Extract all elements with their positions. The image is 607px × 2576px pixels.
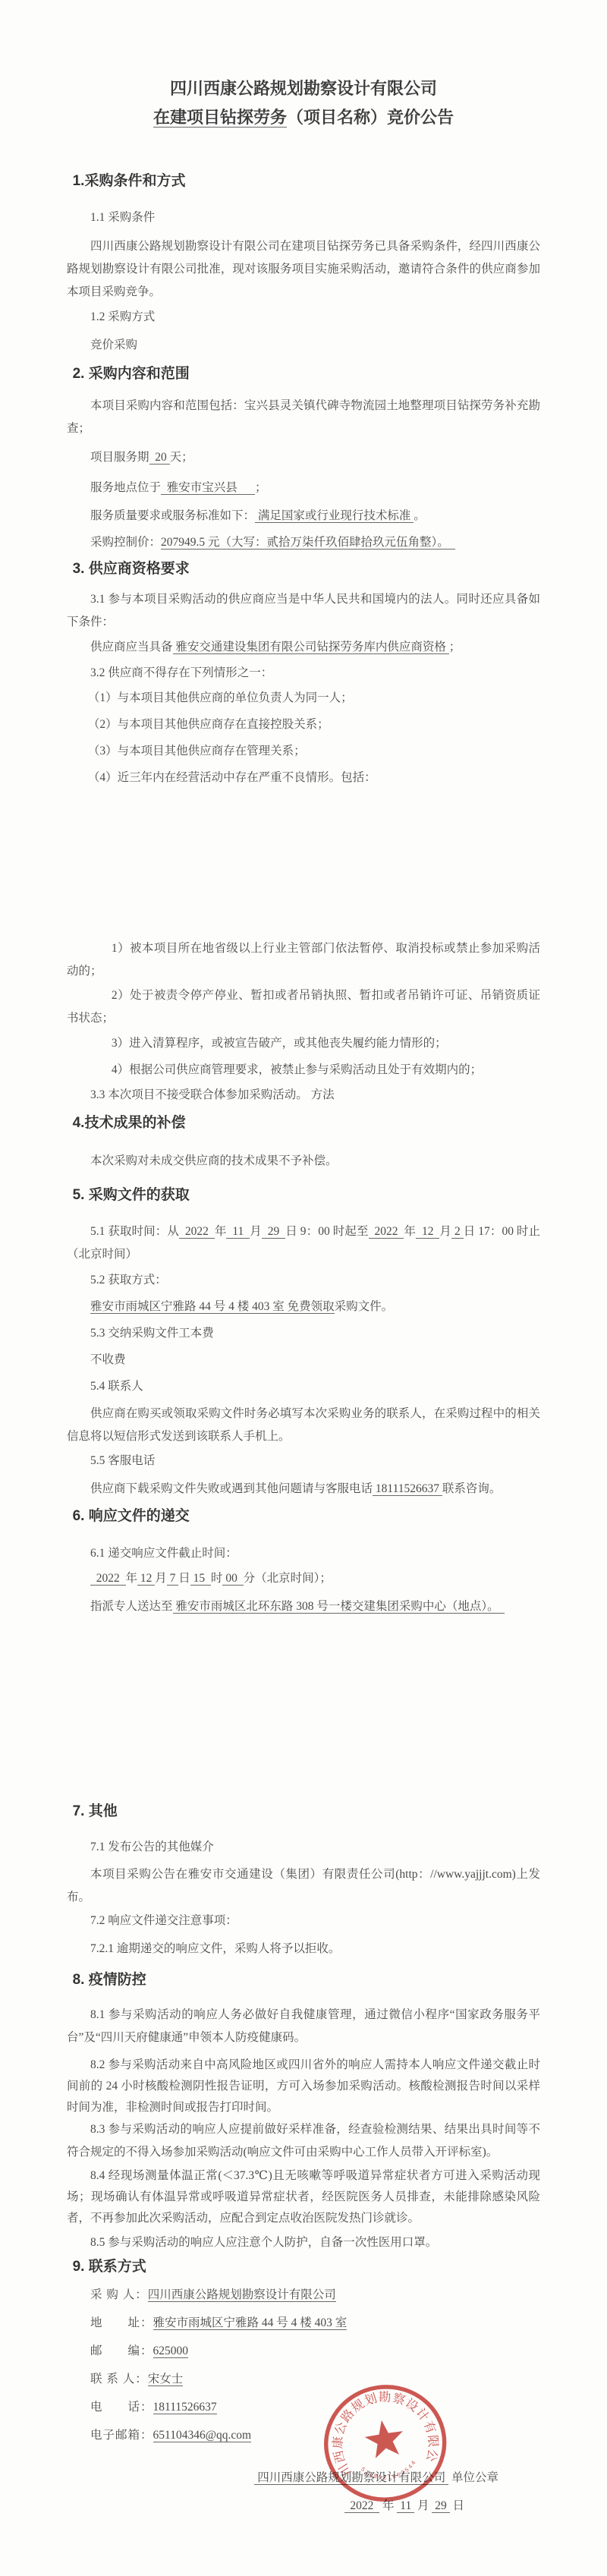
section-6-1-subheading: 6.1 递交响应文件截止时间： — [67, 1542, 540, 1565]
paragraph-late-rejection: 7.2.1 逾期递交的响应文件，采购人将予以拒收。 — [67, 1938, 540, 1960]
contact-row-email: 电子邮箱：651104346@qq.com — [67, 2424, 540, 2447]
signature-date-line: 2022 年 11 月 29 日 — [67, 2495, 540, 2518]
contact-row-phone: 电 话：18111526637 — [67, 2396, 540, 2419]
paragraph-scope: 本项目采购内容和范围包括：宝兴县灵关镇代碑寺物流园土地整理项目钻探劳务补充勘查； — [67, 395, 540, 440]
contact-value: 651104346@qq.com — [153, 2429, 252, 2442]
section-7-heading: 7. 其他 — [67, 1800, 540, 1823]
field-service-location: 服务地点位于 雅安市宝兴县 ； — [67, 477, 540, 499]
contact-label: 电子邮箱： — [90, 2429, 153, 2442]
field-quality-standard: 服务质量要求或服务标准如下： 满足国家或行业现行技术标准 。 — [67, 505, 540, 527]
section-5-3-subheading: 5.3 交纳采购文件工本费 — [67, 1322, 540, 1345]
section-6-heading: 6. 响应文件的递交 — [67, 1505, 540, 1528]
section-8-heading: 8. 疫情防控 — [67, 1969, 540, 1992]
field-submission-deadline: 2022 年 12 月 7 日 15 时 00 分（北京时间）； — [67, 1567, 540, 1590]
field-obtain-address: 雅安市雨城区宁雅路 44 号 4 楼 403 室 免费领取采购文件。 — [67, 1296, 540, 1318]
section-5-heading: 5. 采购文件的获取 — [67, 1184, 540, 1207]
contact-value: 宋女士 — [148, 2373, 184, 2386]
section-3-heading: 3. 供应商资格要求 — [67, 558, 540, 581]
contact-row-purchaser: 采 购 人：四川西康公路规划勘察设计有限公司 — [67, 2284, 540, 2307]
sublist-item-2: 2）处于被责令停产停业、暂扣或者吊销执照、暂扣或者吊销许可证、吊销资质证书状态； — [67, 984, 540, 1030]
contact-label: 邮 编： — [90, 2345, 153, 2357]
contact-row-address: 地 址：雅安市雨城区宁雅路 44 号 4 楼 403 室 — [67, 2312, 540, 2335]
contact-label: 联 系 人： — [90, 2373, 148, 2385]
contact-label: 采 购 人： — [90, 2288, 148, 2301]
section-5-5-subheading: 5.5 客服电话 — [67, 1450, 540, 1472]
contact-value: 四川西康公路规划勘察设计有限公司 — [148, 2288, 336, 2302]
contact-value: 雅安市雨城区宁雅路 44 号 4 楼 403 室 — [153, 2316, 348, 2330]
list-item-1: （1）与本项目其他供应商的单位负责人为同一人； — [67, 687, 540, 710]
field-delivery-address: 指派专人送达至 雅安市雨城区北环东路 308 号一楼交建集团采购中心（地点）。 — [67, 1595, 540, 1618]
paragraph-covid-4: 8.4 经现场测量体温正常(＜37.3℃)且无咳嗽等呼吸道异常症状者方可进入采购… — [67, 2165, 540, 2229]
paragraph-covid-5: 8.5 参与采购活动的响应人应注意个人防护，自备一次性医用口罩。 — [67, 2231, 540, 2254]
paragraph-purchase-conditions: 四川西康公路规划勘察设计有限公司在建项目钻探劳务已具备采购条件，经四川西康公路规… — [67, 235, 540, 304]
section-5-2-subheading: 5.2 获取方式： — [67, 1269, 540, 1292]
sublist-item-1: 1）被本项目所在地省级以上行业主管部门依法暂停、取消投标或禁止参加采购活动的； — [67, 937, 540, 983]
section-1-2-subheading: 1.2 采购方式 — [67, 306, 540, 329]
paragraph-covid-1: 8.1 参与采购活动的响应人务必做好自我健康管理，通过微信小程序“国家政务服务平… — [67, 2004, 540, 2049]
scanned-document-page: 四川西康公路规划勘察设计有限公司 在建项目钻探劳务（项目名称）竞价公告 1.采购… — [0, 0, 607, 2576]
document-body: 四川西康公路规划勘察设计有限公司 在建项目钻探劳务（项目名称）竞价公告 1.采购… — [0, 0, 607, 2254]
document-title: 四川西康公路规划勘察设计有限公司 — [67, 76, 540, 102]
paragraph-covid-2: 8.2 参与采购活动来自中高风险地区或四川省外的响应人需持本人响应文件递交截止时… — [67, 2055, 540, 2118]
field-control-price: 采购控制价：207949.5 元（大写：贰拾万柒仟玖佰肆拾玖元伍角整）。 — [67, 531, 540, 554]
section-1-heading: 1.采购条件和方式 — [67, 170, 540, 193]
field-service-phone: 供应商下载采购文件失败或遇到其他问题请与客服电话 18111526637 联系咨… — [67, 1478, 540, 1501]
paragraph-supplier-requirement: 3.1 参与本项目采购活动的供应商应当是中华人民共和国境内的法人。同时还应具备如… — [67, 588, 540, 634]
contact-value: 625000 — [153, 2345, 189, 2358]
contact-label: 电 话： — [90, 2401, 153, 2414]
contact-value: 18111526637 — [153, 2401, 217, 2414]
paragraph-no-consortium: 3.3 本次项目不接受联合体参加采购活动。 方法 — [67, 1084, 540, 1107]
section-1-1-subheading: 1.1 采购条件 — [67, 206, 540, 229]
section-4-heading: 4.技术成果的补偿 — [67, 1112, 540, 1135]
paragraph-no-fee: 不收费 — [67, 1349, 540, 1371]
field-supplier-qualification: 供应商应当具备 雅安交通建设集团有限公司钻探劳务库内供应商资格 ； — [67, 636, 540, 659]
sublist-item-4: 4）根据公司供应商管理要求，被禁止参与采购活动且处于有效期内的； — [67, 1059, 540, 1082]
paragraph-announcement-media: 本项目采购公告在雅安市交通建设（集团）有限责任公司(http：//www.yaj… — [67, 1863, 540, 1909]
section-9-heading: 9. 联系方式 — [67, 2256, 540, 2278]
contact-label: 地 址： — [90, 2316, 153, 2329]
field-service-period: 项目服务期 20 天； — [67, 446, 540, 469]
section-7-1-subheading: 7.1 发布公告的其他媒介 — [67, 1836, 540, 1859]
section-2-heading: 2. 采购内容和范围 — [67, 363, 540, 386]
paragraph-purchase-method: 竞价采购 — [67, 334, 540, 357]
contact-row-person: 联 系 人：宋女士 — [67, 2368, 540, 2391]
document-subtitle: 在建项目钻探劳务（项目名称）竞价公告 — [67, 105, 540, 131]
contact-and-signature-block: 9. 联系方式 采 购 人：四川西康公路规划勘察设计有限公司 地 址：雅安市雨城… — [0, 2256, 607, 2518]
section-5-4-subheading: 5.4 联系人 — [67, 1375, 540, 1398]
paragraph-prohibited-intro: 3.2 供应商不得存在下列情形之一： — [67, 662, 540, 685]
signature-company-line: 四川西康公路规划勘察设计有限公司 单位公章 — [67, 2467, 540, 2489]
section-7-2-subheading: 7.2 响应文件递交注意事项： — [67, 1910, 540, 1932]
list-item-3: （3）与本项目其他供应商存在管理关系； — [67, 740, 540, 763]
contact-row-postcode: 邮 编：625000 — [67, 2340, 540, 2363]
paragraph-no-compensation: 本次采购对未成交供应商的技术成果不予补偿。 — [67, 1150, 540, 1173]
list-item-2: （2）与本项目其他供应商存在直接控股关系； — [67, 713, 540, 736]
field-obtain-time: 5.1 获取时间：从 2022 年 11 月 29 日 9：00 时起至 202… — [67, 1220, 540, 1266]
sublist-item-3: 3）进入清算程序，或被宣告破产，或其他丧失履约能力情形的； — [67, 1032, 540, 1055]
paragraph-covid-3: 8.3 参与采购活动的响应人应提前做好采样准备，经查验检测结果、结果出具时间等不… — [67, 2118, 540, 2164]
list-item-4: （4）近三年内在经营活动中存在严重不良情形。包括： — [67, 767, 540, 789]
paragraph-contact-note: 供应商在购买或领取采购文件时务必填写本次采购业务的联系人，在采购过程中的相关信息… — [67, 1403, 540, 1448]
